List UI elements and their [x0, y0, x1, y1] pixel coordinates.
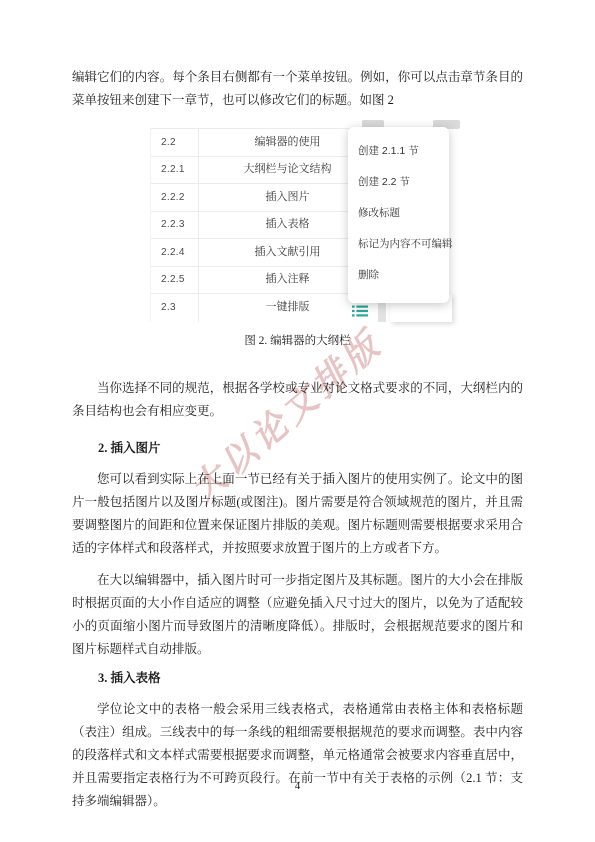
outline-panel: 2.2 编辑器的使用 2.2.1 大纲栏与论文结构 2.2.2 插入图片 2.2…	[150, 128, 376, 322]
outline-row: 2.3 一键排版	[151, 294, 376, 322]
page-content: 编辑它们的内容。每个条目右侧都有一个菜单按钮。例如，你可以点击章节条目的菜单按钮…	[72, 66, 523, 813]
outline-row-number: 2.2	[151, 129, 199, 156]
outline-row: 2.2 编辑器的使用	[151, 129, 376, 157]
paragraph-image-2: 在大以编辑器中，插入图片时可一步指定图片及其标题。图片的大小会在排版时根据页面的…	[72, 569, 523, 661]
menu-item-create-subsection: 创建 2.1.1 节	[348, 136, 449, 167]
outline-row: 2.2.2 插入图片	[151, 184, 376, 212]
outline-row-number: 2.2.5	[151, 267, 199, 294]
figure-outline-screenshot: 2.2 编辑器的使用 2.2.1 大纲栏与论文结构 2.2.2 插入图片 2.2…	[72, 120, 523, 326]
menu-item-delete: 删除	[348, 260, 449, 291]
menu-item-rename: 修改标题	[348, 198, 449, 229]
context-menu: 创建 2.1.1 节 创建 2.2 节 修改标题 标记为内容不可编辑 删除	[348, 127, 449, 303]
outline-row-number: 2.2.3	[151, 212, 199, 239]
outline-row-number: 2.2.1	[151, 157, 199, 184]
paragraph-image-1: 您可以看到实际上在上面一节已经有关于插入图片的使用实例了。论文中的图片一般包括图…	[72, 468, 523, 560]
outline-row: 2.2.5 插入注释	[151, 267, 376, 295]
paragraph-intro: 编辑它们的内容。每个条目右侧都有一个菜单按钮。例如，你可以点击章节条目的菜单按钮…	[72, 66, 523, 112]
heading-insert-image: 2. 插入图片	[72, 440, 523, 456]
outline-row-number: 2.2.4	[151, 239, 199, 266]
menu-item-mark-readonly: 标记为内容不可编辑	[348, 229, 449, 260]
outline-row: 2.2.1 大纲栏与论文结构	[151, 157, 376, 185]
paragraph-specs: 当你选择不同的规范，根据各学校或专业对论文格式要求的不同，大纲栏内的条目结构也会…	[72, 377, 523, 423]
format-list-icon	[352, 302, 368, 314]
menu-item-create-section: 创建 2.2 节	[348, 167, 449, 198]
figure-caption: 图 2. 编辑器的大纲栏	[72, 330, 523, 353]
heading-insert-table: 3. 插入表格	[72, 670, 523, 686]
outline-row-number: 2.2.2	[151, 184, 199, 211]
outline-row: 2.2.4 插入文献引用	[151, 239, 376, 267]
page-number: 4	[0, 780, 595, 792]
outline-row: 2.2.3 插入表格	[151, 212, 376, 240]
document-page: 大以论文排版 编辑它们的内容。每个条目右侧都有一个菜单按钮。例如，你可以点击章节…	[0, 0, 595, 842]
paragraph-table: 学位论文中的表格一般会采用三线表格式，表格通常由表格主体和表格标题（表注）组成。…	[72, 698, 523, 813]
outline-row-number: 2.3	[151, 294, 199, 322]
